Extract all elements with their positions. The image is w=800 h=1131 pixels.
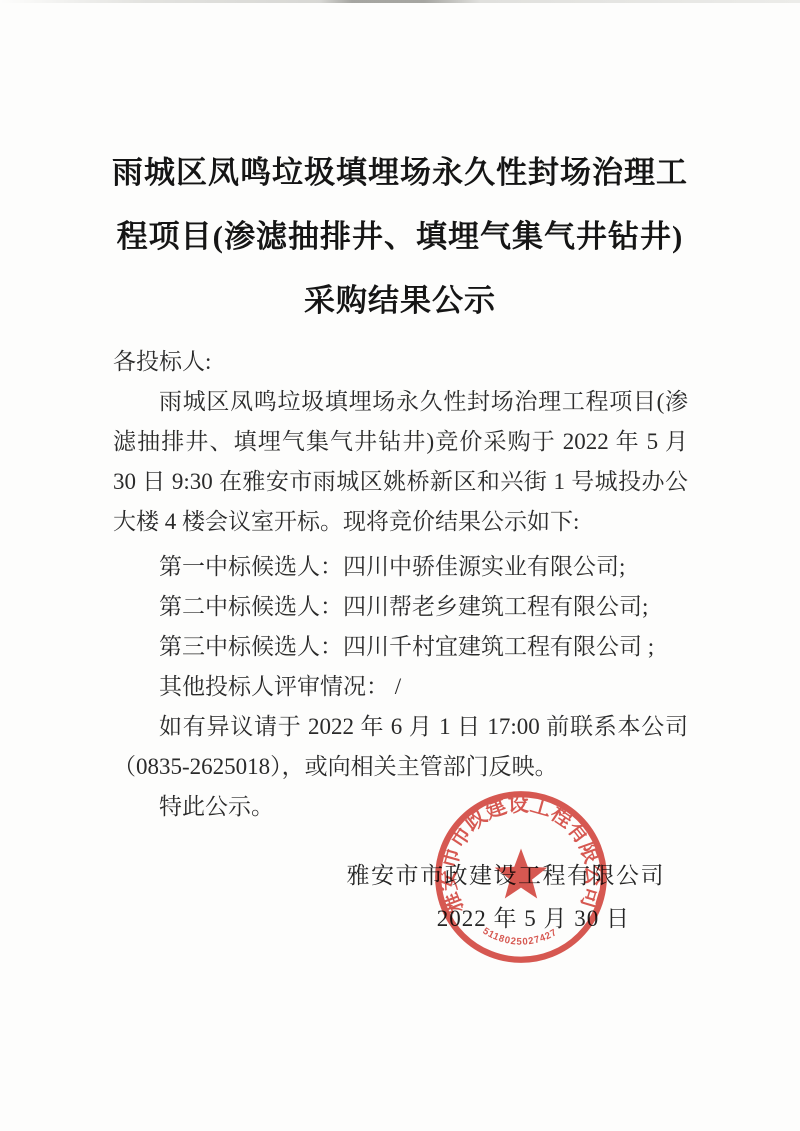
candidate-list: 第一中标候选人：四川中骄佳源实业有限公司; 第二中标候选人：四川帮老乡建筑工程有… — [113, 547, 688, 707]
intro-paragraph: 雨城区凤鸣垃圾填埋场永久性封场治理工程项目(渗滤抽排井、填埋气集气井钻井)竞价采… — [113, 382, 688, 542]
title-line-1: 雨城区凤鸣垃圾填埋场永久性封场治理工 — [60, 141, 740, 205]
document-body: 各投标人: 雨城区凤鸣垃圾填埋场永久性封场治理工程项目(渗滤抽排井、填埋气集气井… — [113, 342, 688, 827]
candidate-second: 第二中标候选人：四川帮老乡建筑工程有限公司; — [113, 587, 688, 627]
other-bidders-review: 其他投标人评审情况： / — [113, 667, 688, 707]
signature-company: 雅安市市政建设工程有限公司 — [0, 861, 800, 891]
document-page: 雨城区凤鸣垃圾填埋场永久性封场治理工 程项目(渗滤抽排井、填埋气集气井钻井) 采… — [0, 0, 800, 1131]
signature-block: 雅安市市政建设工程有限公司 2022 年 5 月 30 日 — [0, 861, 800, 934]
salutation: 各投标人: — [113, 342, 688, 382]
objection-paragraph: 如有异议请于 2022 年 6 月 1 日 17:00 前联系本公司（0835-… — [113, 707, 688, 787]
candidate-first: 第一中标候选人：四川中骄佳源实业有限公司; — [113, 547, 688, 587]
closing-line: 特此公示。 — [113, 787, 688, 827]
candidate-third: 第三中标候选人：四川千村宜建筑工程有限公司 ; — [113, 627, 688, 667]
title-line-3: 采购结果公示 — [60, 269, 740, 333]
scan-artifact-top — [0, 0, 800, 3]
title-line-2: 程项目(渗滤抽排井、填埋气集气井钻井) — [60, 205, 740, 269]
document-title: 雨城区凤鸣垃圾填埋场永久性封场治理工 程项目(渗滤抽排井、填埋气集气井钻井) 采… — [60, 141, 740, 333]
signature-date: 2022 年 5 月 30 日 — [0, 904, 800, 934]
